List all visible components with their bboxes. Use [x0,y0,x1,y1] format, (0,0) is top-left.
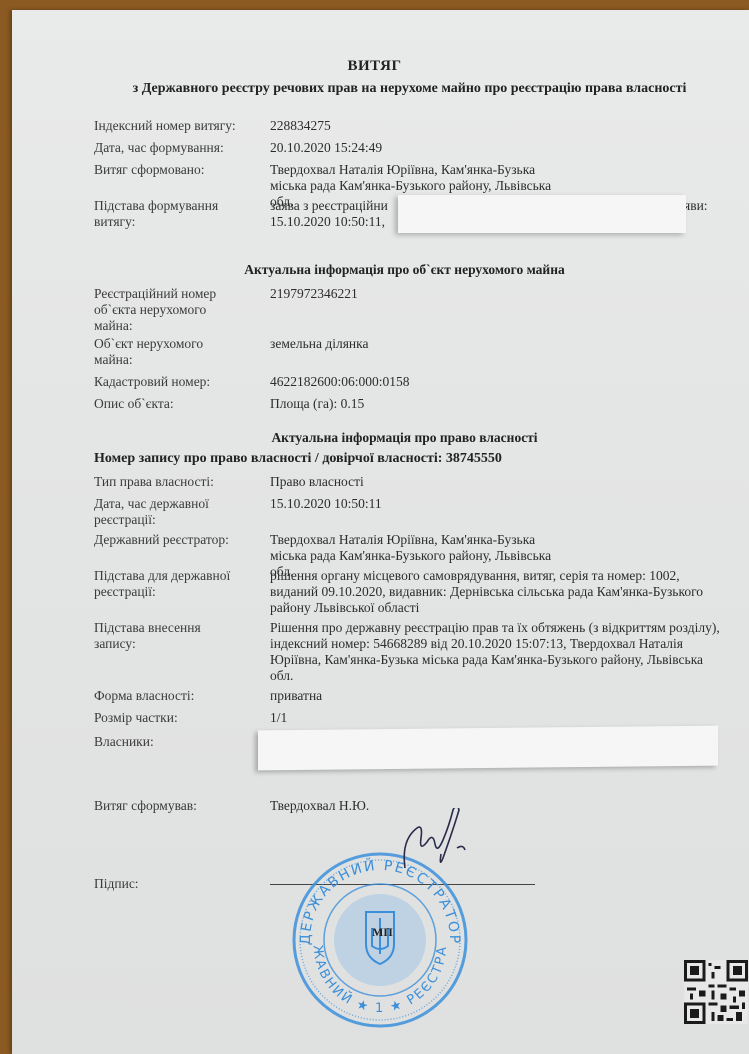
document-title: ВИТЯГ [0,58,749,75]
field-value: 4622182600:06:000:0158 [270,374,730,390]
field-label: Об`єкт нерухомого майна: [94,336,224,368]
field-label: Форма власності: [94,688,264,704]
field-label: Державний реєстратор: [94,532,264,548]
field-label: Індексний номер витягу: [94,118,264,134]
field-label: Підстава внесення запису: [94,620,224,652]
record-number-heading: Номер запису про право власності / довір… [94,451,502,467]
field-label: Реєстраційний номер об`єкта нерухомого м… [94,286,244,334]
field-value: Право власності [270,474,730,490]
field-label: Кадастровий номер: [94,374,264,390]
field-label: Тип права власності: [94,474,264,490]
ownership-section-heading: Актуальна інформація про право власності [0,430,749,446]
field-value: земельна ділянка [270,336,730,352]
field-value: Твердохвал Н.Ю. [270,798,730,814]
field-label: Підстава формування витягу: [94,198,244,230]
field-label: Витяг сформував: [94,798,264,814]
field-label: Підпис: [94,876,264,892]
field-value: приватна [270,688,730,704]
field-label: Опис об`єкта: [94,396,264,412]
field-value: Рішення про державну реєстрацію прав та … [270,620,725,684]
field-label: Підстава для державної реєстрації: [94,568,234,600]
seal-mark: МП [372,925,393,940]
redaction-strip [398,195,686,233]
handwritten-signature-icon [395,808,485,878]
field-value: 1/1 [270,710,730,726]
field-label: Розмір частки: [94,710,264,726]
object-section-heading: Актуальна інформація про об`єкт нерухомо… [0,262,749,278]
field-value: 15.10.2020 10:50:11 [270,496,730,512]
field-value: Площа (га): 0.15 [270,396,730,412]
field-label: Дата, час державної реєстрації: [94,496,234,528]
document-subtitle: з Державного реєстру речових прав на нер… [0,81,749,97]
field-value: 228834275 [270,118,730,134]
field-value: 20.10.2020 15:24:49 [270,140,730,156]
field-value: рішення органу місцевого самоврядування,… [270,568,715,616]
field-label: Власники: [94,734,264,750]
field-label: Дата, час формування: [94,140,264,156]
qr-code-icon [684,960,748,1024]
field-label: Витяг сформовано: [94,162,264,178]
redaction-strip [258,726,718,771]
field-value: 2197972346221 [270,286,730,302]
